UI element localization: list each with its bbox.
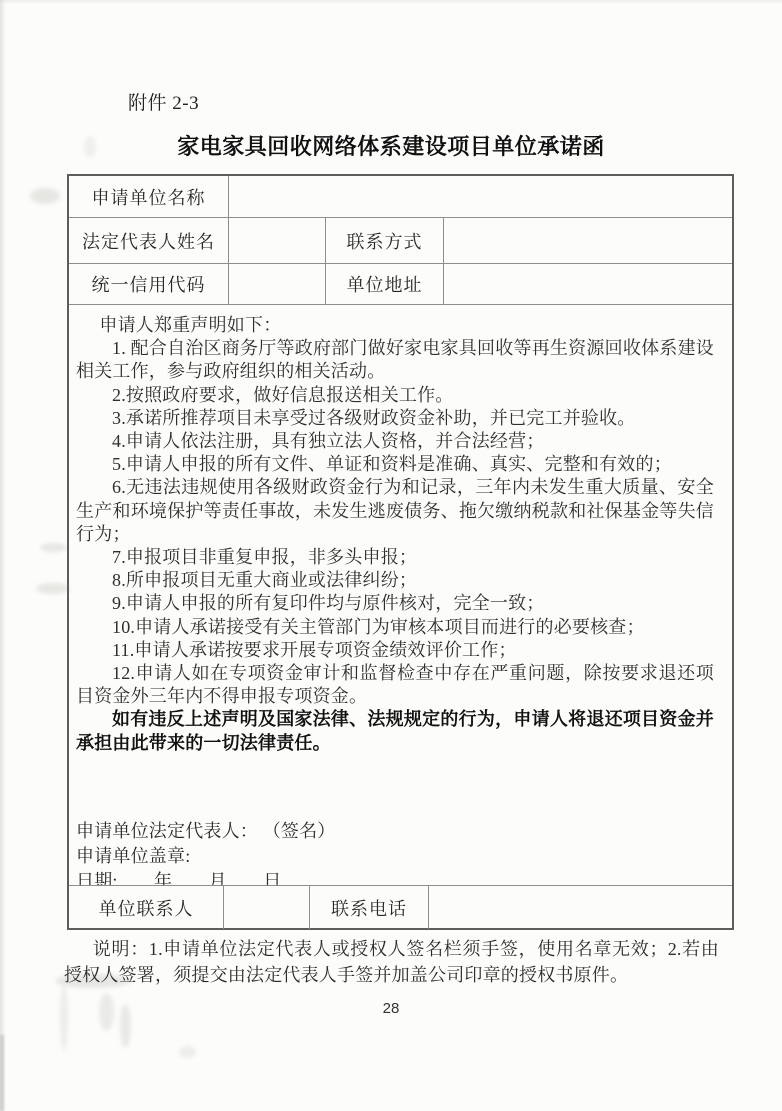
unit-address-value-cell: [443, 264, 732, 304]
scan-smudge: [36, 583, 70, 594]
form-row-declaration: 申请人郑重声明如下： 1. 配合自治区商务厅等政府部门做好家电家具回收等再生资源…: [69, 304, 732, 885]
scan-edge-left: [0, 0, 6, 1111]
page-number: 28: [0, 1000, 782, 1017]
credit-code-value-cell: [228, 264, 325, 304]
legal-rep-label: 法定代表人姓名: [69, 218, 228, 263]
contact-method-value-cell: [443, 218, 732, 263]
declaration-item: 10.申请人承诺接受有关主管部门为审核本项目而进行的必要核查；: [76, 616, 714, 639]
legal-rep-signature-line: 申请单位法定代表人： （签名）: [76, 819, 714, 844]
declaration-item: 4.申请人依法注册，具有独立法人资格，并合法经营；: [76, 430, 714, 453]
declaration-item: 6.无违法违规使用各级财政资金行为和记录，三年内未发生重大质量、安全生产和环境保…: [76, 476, 714, 546]
contact-phone-label: 联系电话: [309, 886, 428, 929]
contact-method-label: 联系方式: [325, 218, 443, 263]
declaration-cell: 申请人郑重声明如下： 1. 配合自治区商务厅等政府部门做好家电家具回收等再生资源…: [69, 305, 732, 885]
unit-contact-value-cell: [223, 886, 309, 929]
scan-smudge: [30, 188, 60, 204]
unit-contact-label: 单位联系人: [69, 886, 223, 929]
signature-block: 申请单位法定代表人： （签名） 申请单位盖章: 日期: 年 月 日: [76, 819, 714, 885]
unit-address-label: 单位地址: [325, 264, 443, 304]
scan-smudge: [179, 1046, 196, 1058]
scan-edge-top: [0, 0, 782, 4]
declaration-item: 5.申请人申报的所有文件、单证和资料是准确、真实、完整和有效的；: [76, 453, 714, 476]
page-title: 家电家具回收网络体系建设项目单位承诺函: [0, 130, 782, 161]
scan-smudge: [60, 985, 68, 1051]
applicant-name-value-cell: [228, 176, 732, 217]
application-form-table: 申请单位名称 法定代表人姓名 联系方式 统一信用代码 单位地址 申请人郑重声明如…: [67, 174, 734, 930]
scan-smudge: [40, 543, 67, 552]
declaration-item: 8.所申报项目无重大商业或法律纠纷；: [76, 569, 714, 592]
declaration-item: 12.申请人如在专项资金审计和监督检查中存在严重问题，除按要求退还项目资金外三年…: [76, 662, 714, 708]
credit-code-label: 统一信用代码: [69, 264, 228, 304]
declaration-item: 3.承诺所推荐项目未享受过各级财政资金补助，并已完工并验收。: [76, 407, 714, 430]
document-page: 附件 2-3 家电家具回收网络体系建设项目单位承诺函 申请单位名称 法定代表人姓…: [0, 0, 782, 1111]
declaration-item: 7.申报项目非重复申报，非多头申报；: [76, 546, 714, 569]
declaration-intro: 申请人郑重声明如下：: [76, 314, 714, 337]
declaration-item: 1. 配合自治区商务厅等政府部门做好家电家具回收等再生资源回收体系建设相关工作，…: [76, 337, 714, 383]
note-text: 说明：1.申请单位法定代表人或授权人签名栏须手签，使用名章无效；2.若由授权人签…: [64, 936, 719, 988]
applicant-name-label: 申请单位名称: [69, 176, 228, 217]
legal-rep-value-cell: [228, 218, 325, 263]
declaration-warning: 如有违反上述声明及国家法律、法规规定的行为，申请人将退还项目资金并承担由此带来的…: [76, 708, 714, 754]
declaration-item: 11.申请人承诺按要求开展专项资金绩效评价工作；: [76, 639, 714, 662]
form-row-applicant-name: 申请单位名称: [69, 176, 732, 217]
declaration-item: 9.申请人申报的所有复印件均与原件核对，完全一致；: [76, 592, 714, 615]
scan-edge-left-bottom: [0, 1035, 4, 1111]
declaration-item: 2.按照政府要求，做好信息报送相关工作。: [76, 384, 714, 407]
form-row-credit-code: 统一信用代码 单位地址: [69, 263, 732, 304]
form-row-unit-contact: 单位联系人 联系电话: [69, 885, 732, 929]
contact-phone-value-cell: [428, 886, 732, 929]
attachment-label: 附件 2-3: [128, 88, 199, 115]
form-row-legal-rep: 法定代表人姓名 联系方式: [69, 217, 732, 263]
unit-seal-line: 申请单位盖章:: [76, 844, 714, 869]
date-line: 日期: 年 月 日: [76, 869, 714, 885]
